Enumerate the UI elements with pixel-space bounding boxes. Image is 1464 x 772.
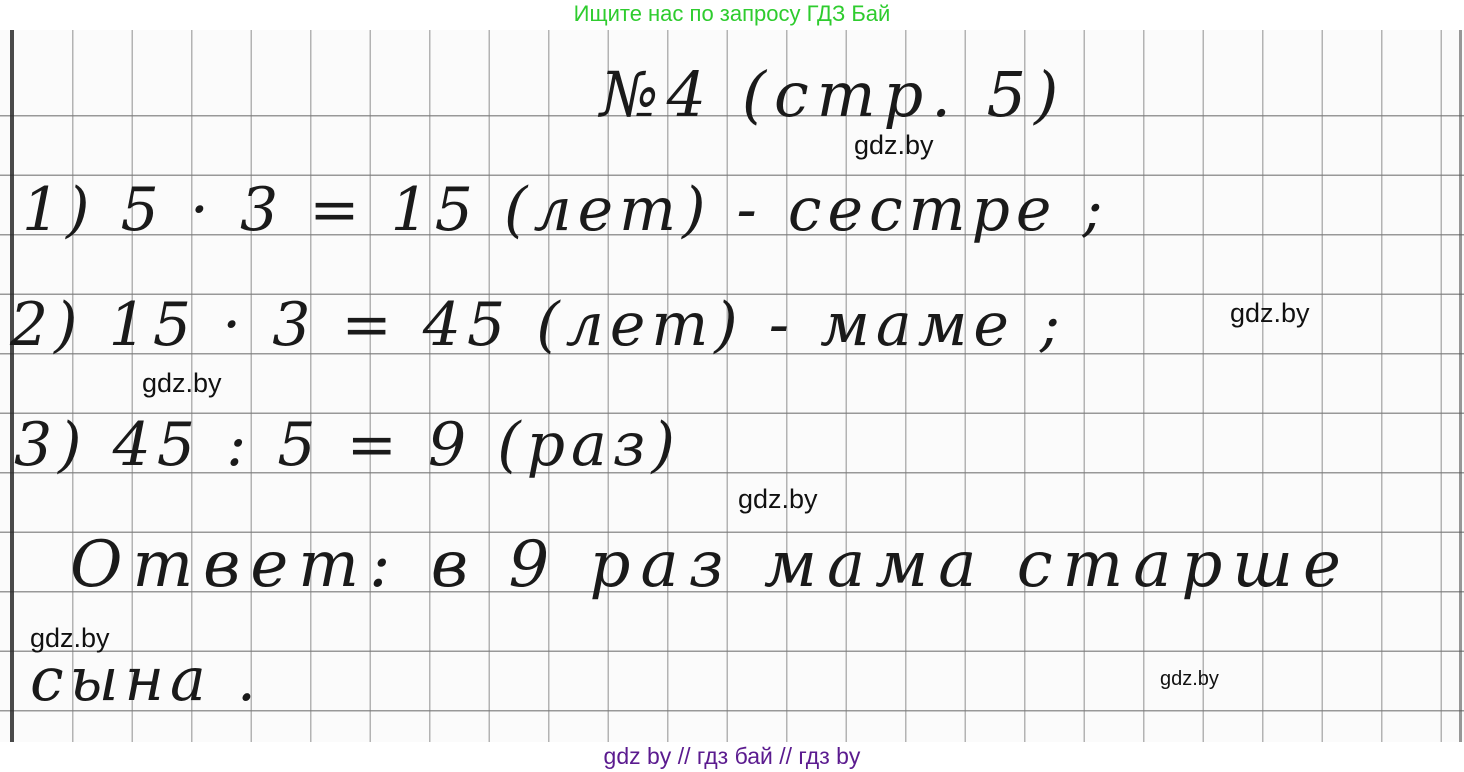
- watermark: gdz.by: [1230, 298, 1310, 329]
- solution-step-3: 3) 45 : 5 = 9 (раз): [14, 410, 681, 480]
- search-hint-banner: Ищите нас по запросу ГДЗ Бай: [0, 0, 1464, 30]
- watermark: gdz.by: [738, 484, 818, 515]
- page-edge: [1459, 30, 1462, 742]
- answer-line-2: сына .: [30, 645, 262, 715]
- watermark: gdz.by: [30, 623, 110, 654]
- exercise-title: №4 (стр. 5): [600, 58, 1066, 131]
- watermark: gdz.by: [854, 130, 934, 161]
- margin-line: [10, 30, 14, 742]
- solution-step-2: 2) 15 · 3 = 45 (лет) - маме ;: [10, 290, 1066, 360]
- watermark: gdz.by: [142, 368, 222, 399]
- footer-watermark: gdz by // гдз бай // гдз by: [0, 742, 1464, 772]
- solution-step-1: 1) 5 · 3 = 15 (лет) - сестре ;: [22, 175, 1109, 245]
- answer-line-1: Ответ: в 9 раз мама старше: [70, 528, 1351, 602]
- watermark: gdz.by: [1160, 668, 1219, 691]
